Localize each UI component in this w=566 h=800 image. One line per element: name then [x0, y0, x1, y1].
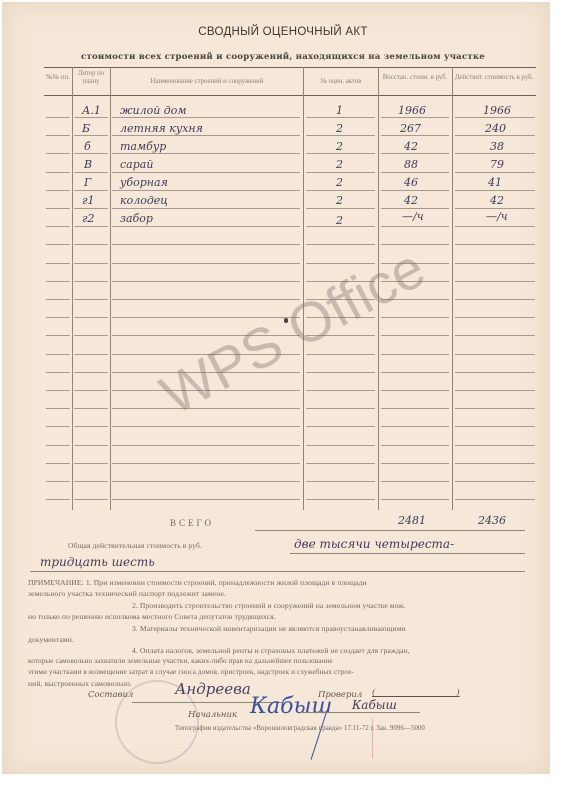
cell-acts: 2	[336, 214, 343, 227]
row-rule	[306, 426, 375, 427]
row-rule	[306, 172, 375, 173]
row-rule	[455, 354, 535, 355]
cell-actual-cost: 79	[490, 158, 504, 171]
row-rule	[74, 135, 108, 136]
total-underline	[255, 530, 525, 531]
row-rule	[381, 172, 449, 173]
row-rule	[455, 408, 535, 409]
col-divider	[72, 67, 73, 510]
note-line: 1. При изменении стоимости строений, при…	[86, 578, 367, 587]
row-rule	[112, 208, 300, 209]
row-rule	[455, 445, 535, 446]
row-rule	[46, 117, 70, 118]
row-rule	[381, 463, 449, 464]
row-rule	[46, 281, 70, 282]
row-rule	[306, 390, 375, 391]
cell-name: тамбур	[120, 140, 166, 153]
row-rule	[306, 445, 375, 446]
row-rule	[112, 226, 300, 227]
row-rule	[46, 153, 70, 154]
table-top-rule	[44, 67, 536, 68]
cell-actual-cost: 41	[488, 176, 502, 189]
row-rule	[381, 190, 449, 191]
chief-label: Начальник	[188, 710, 237, 720]
row-rule	[46, 426, 70, 427]
row-rule	[381, 208, 449, 209]
cell-name: забор	[120, 212, 153, 225]
note-line: которые самовольно захватили земельные у…	[28, 657, 333, 665]
row-rule	[381, 372, 449, 373]
row-rule	[455, 390, 535, 391]
row-rule	[74, 463, 108, 464]
row-rule	[46, 481, 70, 482]
cell-liter: б	[84, 140, 91, 153]
row-rule	[112, 463, 300, 464]
row-rule	[381, 117, 449, 118]
row-rule	[112, 426, 300, 427]
row-rule	[455, 481, 535, 482]
row-rule	[306, 372, 375, 373]
row-rule	[46, 226, 70, 227]
row-rule	[381, 226, 449, 227]
row-rule	[381, 153, 449, 154]
note-line: документами.	[28, 635, 74, 644]
row-rule	[74, 499, 108, 500]
row-rule	[46, 372, 70, 373]
row-rule	[381, 445, 449, 446]
chief-name: Кабыш	[352, 698, 397, 712]
row-rule	[46, 317, 70, 318]
row-rule	[46, 335, 70, 336]
row-rule	[381, 354, 449, 355]
row-rule	[46, 244, 70, 245]
row-rule	[46, 190, 70, 191]
row-rule	[74, 208, 108, 209]
compiled-by-label: Составил	[88, 690, 133, 700]
cell-name: уборная	[120, 176, 168, 189]
total-actual-cost: 2436	[478, 514, 506, 527]
cell-restore-cost: —/ч	[402, 210, 424, 223]
row-rule	[306, 208, 375, 209]
row-rule	[112, 117, 300, 118]
row-rule	[112, 190, 300, 191]
row-rule	[381, 499, 449, 500]
row-rule	[74, 335, 108, 336]
note-line: ний, выстроенных самовольно.	[28, 679, 132, 688]
row-rule	[112, 299, 300, 300]
row-rule	[46, 354, 70, 355]
cell-liter: г2	[82, 212, 95, 225]
row-rule	[46, 135, 70, 136]
row-rule	[455, 335, 535, 336]
cell-restore-cost: 42	[404, 140, 418, 153]
cell-actual-cost: 42	[490, 194, 504, 207]
cell-acts: 2	[336, 194, 343, 207]
row-rule	[46, 408, 70, 409]
cell-restore-cost: 88	[404, 158, 418, 171]
row-rule	[455, 135, 535, 136]
row-rule	[46, 390, 70, 391]
row-rule	[455, 263, 535, 264]
col-divider	[452, 67, 453, 510]
notes-heading: ПРИМЕЧАНИЕ:	[28, 578, 84, 587]
cell-name: сарай	[120, 158, 153, 171]
row-rule	[112, 244, 300, 245]
row-rule	[306, 153, 375, 154]
row-rule	[306, 481, 375, 482]
total-words-label: Общая действительная стоимость в руб.	[68, 541, 202, 550]
header-actual-cost: Действит. стоимость в руб.	[454, 74, 534, 82]
chief-underline	[300, 712, 420, 713]
cell-actual-cost: 1966	[483, 104, 511, 117]
row-rule	[306, 117, 375, 118]
cell-acts: 2	[336, 176, 343, 189]
row-rule	[112, 153, 300, 154]
row-rule	[74, 390, 108, 391]
row-rule	[112, 172, 300, 173]
total-words-underline-2	[30, 571, 525, 572]
cell-liter: г1	[82, 194, 95, 207]
row-rule	[74, 263, 108, 264]
row-rule	[74, 481, 108, 482]
row-rule	[112, 499, 300, 500]
printer-info: Типография издательства «Ворошиловградск…	[175, 725, 425, 732]
note-line: этими участками в возмещение затрат в сл…	[28, 668, 354, 676]
cell-acts: 2	[336, 122, 343, 135]
cell-liter: Г	[84, 176, 91, 189]
compiled-signature: Андреева	[175, 680, 251, 698]
row-rule	[381, 317, 449, 318]
cell-restore-cost: 267	[400, 122, 421, 135]
total-restore-cost: 2481	[398, 514, 426, 527]
row-rule	[74, 117, 108, 118]
total-words-line-1: две тысячи четыреста-	[294, 537, 454, 551]
row-rule	[455, 372, 535, 373]
cell-name: летняя кухня	[120, 122, 203, 135]
row-rule	[46, 208, 70, 209]
header-liter: Литер по плану	[73, 70, 109, 86]
row-rule	[455, 244, 535, 245]
total-label: ВСЕГО	[170, 518, 214, 528]
row-rule	[46, 299, 70, 300]
row-rule	[306, 135, 375, 136]
row-rule	[455, 208, 535, 209]
note-line: но только по решению исполкома местного …	[28, 612, 276, 621]
note-line: 2. Производить строительство строений и …	[132, 601, 406, 610]
cell-acts: 2	[336, 158, 343, 171]
row-rule	[112, 481, 300, 482]
row-rule	[455, 190, 535, 191]
cell-name: колодец	[120, 194, 168, 207]
header-acts: № оцен. актов	[304, 78, 378, 86]
row-rule	[455, 426, 535, 427]
row-rule	[306, 408, 375, 409]
row-rule	[455, 299, 535, 300]
row-rule	[306, 499, 375, 500]
row-rule	[112, 135, 300, 136]
cell-name: жилой дом	[120, 104, 187, 117]
row-rule	[74, 226, 108, 227]
row-rule	[306, 190, 375, 191]
row-rule	[381, 335, 449, 336]
row-rule	[455, 463, 535, 464]
row-rule	[381, 481, 449, 482]
table-header-rule	[44, 95, 536, 96]
row-rule	[455, 317, 535, 318]
note-line: земельного участка технический паспорт п…	[28, 589, 226, 598]
header-name: Наименование строений и сооружений	[111, 78, 303, 86]
row-rule	[112, 263, 300, 264]
row-rule	[455, 226, 535, 227]
cell-liter: А.1	[82, 104, 101, 117]
row-rule	[455, 172, 535, 173]
note-line: 4. Оплата налогов, земельной ренты и стр…	[132, 646, 410, 655]
row-rule	[46, 263, 70, 264]
document-subtitle: стоимости всех строений и сооружений, на…	[0, 52, 566, 62]
row-rule	[74, 354, 108, 355]
row-rule	[381, 135, 449, 136]
note-line: 3. Материалы технической инвентаризации …	[132, 624, 406, 633]
row-rule	[46, 499, 70, 500]
cell-restore-cost: 1966	[398, 104, 426, 117]
row-rule	[74, 445, 108, 446]
row-rule	[455, 117, 535, 118]
row-rule	[74, 426, 108, 427]
row-rule	[74, 408, 108, 409]
row-rule	[455, 281, 535, 282]
document-title: СВОДНЫЙ ОЦЕНОЧНЫЙ АКТ	[0, 26, 566, 38]
checked-by-field: ( )	[372, 688, 460, 698]
cell-liter: В	[84, 158, 92, 171]
total-words-underline-1	[290, 553, 525, 554]
row-rule	[74, 153, 108, 154]
row-rule	[112, 445, 300, 446]
cell-actual-cost: —/ч	[486, 210, 508, 223]
cell-acts: 1	[336, 104, 343, 117]
row-rule	[306, 244, 375, 245]
row-rule	[112, 281, 300, 282]
cell-acts: 2	[336, 140, 343, 153]
chief-signature: Кабыш	[250, 694, 332, 719]
total-words-line-2: тридцать шесть	[40, 555, 155, 569]
cell-actual-cost: 240	[485, 122, 506, 135]
red-mark	[372, 718, 373, 758]
row-rule	[455, 153, 535, 154]
cell-actual-cost: 38	[490, 140, 504, 153]
row-rule	[74, 372, 108, 373]
row-rule	[381, 390, 449, 391]
row-rule	[74, 244, 108, 245]
row-rule	[381, 408, 449, 409]
header-num: №№ пп.	[44, 74, 72, 82]
row-rule	[455, 499, 535, 500]
row-rule	[381, 426, 449, 427]
row-rule	[46, 172, 70, 173]
cell-restore-cost: 42	[404, 194, 418, 207]
cell-liter: Б	[82, 122, 90, 135]
header-restore-cost: Восстан. стоим. в руб.	[380, 74, 450, 82]
row-rule	[74, 172, 108, 173]
col-divider	[110, 67, 111, 510]
cell-restore-cost: 46	[404, 176, 418, 189]
row-rule	[74, 281, 108, 282]
row-rule	[74, 299, 108, 300]
row-rule	[74, 317, 108, 318]
notes-block: ПРИМЕЧАНИЕ: 1. При изменении стоимости с…	[28, 578, 367, 587]
row-rule	[74, 190, 108, 191]
row-rule	[306, 463, 375, 464]
row-rule	[46, 463, 70, 464]
row-rule	[46, 445, 70, 446]
